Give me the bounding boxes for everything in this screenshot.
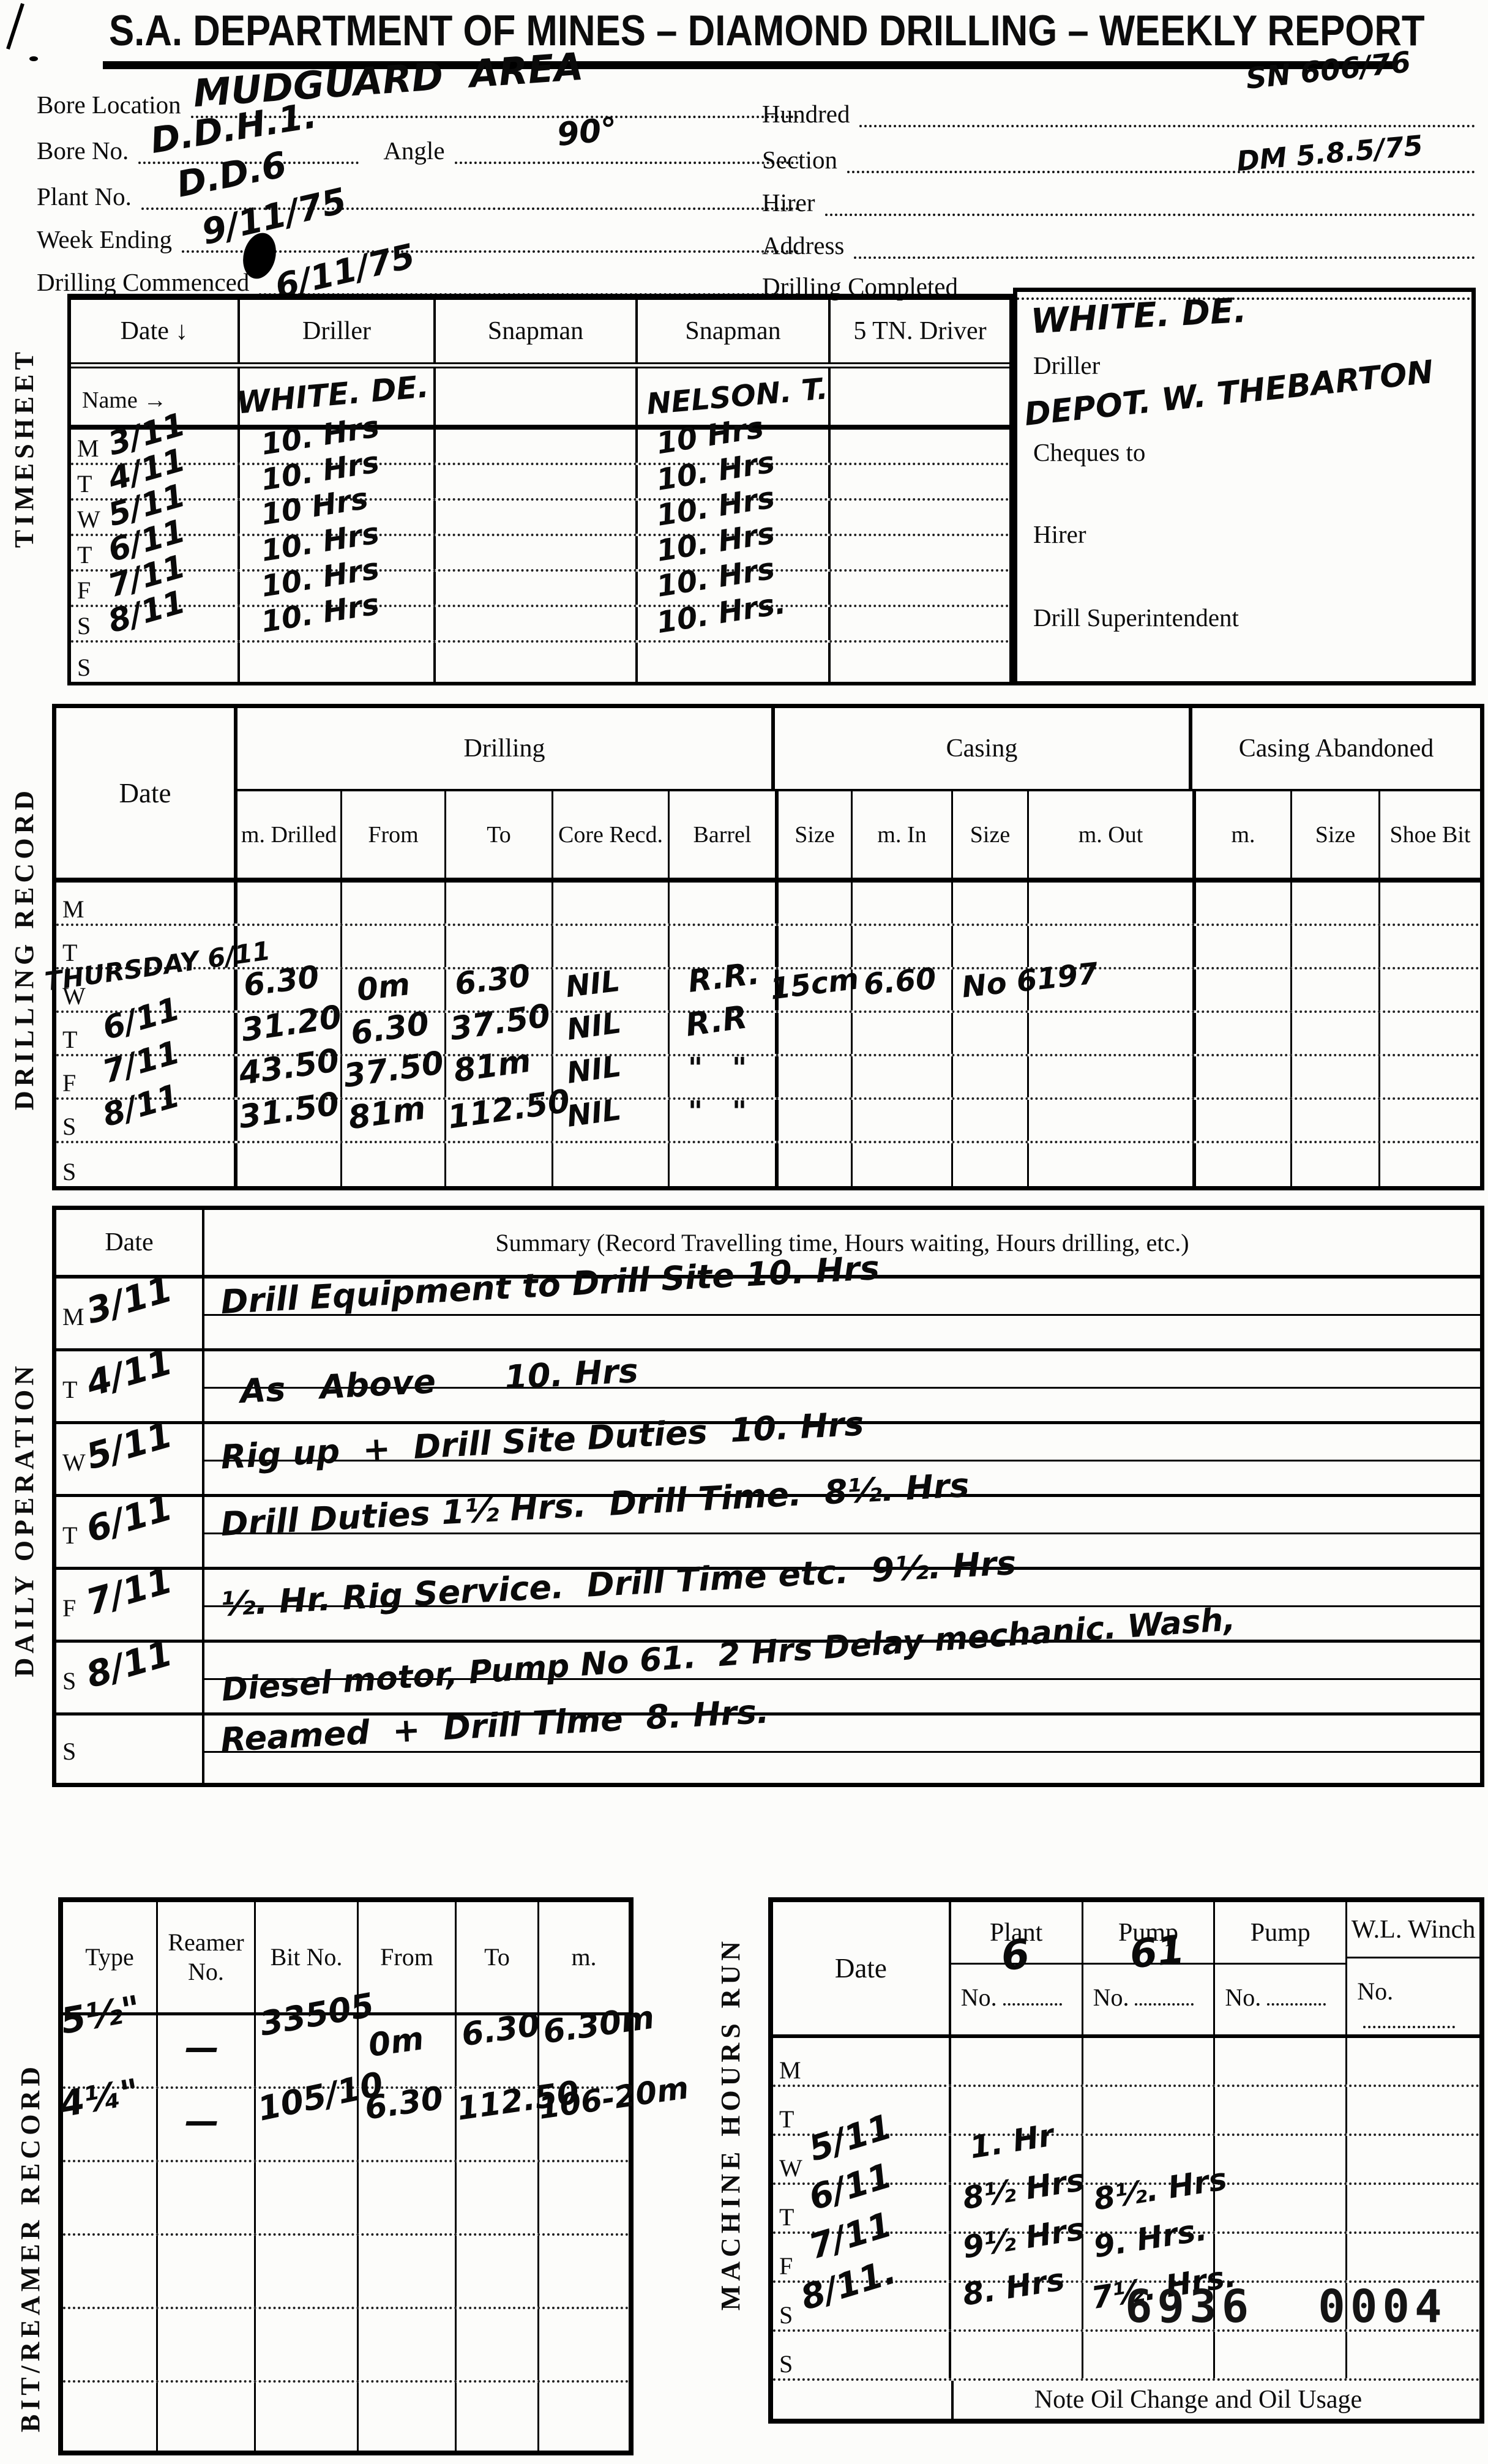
timesheet-name-row: Name → WHITE. DE. NELSON. T. xyxy=(71,368,1009,430)
field-plant-no: Plant No. xyxy=(37,184,799,210)
field-address: Address xyxy=(762,233,1475,259)
day-letter: S xyxy=(62,1112,76,1141)
no-line xyxy=(1267,2002,1326,2006)
timesheet-table: Date ↓ Driller Snapman Snapman 5 TN. Dri… xyxy=(67,294,1013,685)
drilling-row-fri: F 7/11 43.50 37.50 81m NIL " " xyxy=(56,1056,1480,1100)
hundred-line xyxy=(859,121,1475,127)
timesheet-row-tue: T4/11 10. Hrs 10. Hrs xyxy=(71,465,1009,501)
summary-text: As Above 10. Hrs xyxy=(239,1354,639,1408)
day-letter: S xyxy=(779,2350,793,2378)
col-shoe-bit: Shoe Bit xyxy=(1378,791,1480,878)
day-letter: T xyxy=(77,540,92,569)
col-snapman-2: Snapman xyxy=(635,300,828,362)
daily-operation-section-label: DAILY OPERATION xyxy=(9,1362,40,1677)
col-date: Date xyxy=(773,1902,951,2034)
snapman-name-value: NELSON. T. xyxy=(645,374,829,419)
numeric-stamp: 6936 0004 xyxy=(1125,2280,1447,2333)
timesheet-row-fri: F7/11 10. Hrs 10. Hrs xyxy=(71,572,1009,607)
col-date: Date xyxy=(56,1210,204,1275)
casing-m-in-value: 6.60 xyxy=(862,964,937,999)
from-value: 6.30 xyxy=(349,1007,431,1050)
timesheet-section-label: TIMESHEET xyxy=(9,348,40,548)
col-m: m. xyxy=(537,1902,629,2012)
timesheet-row-wed: W5/11 10 Hrs 10. Hrs xyxy=(71,501,1009,536)
plant-no-value: 6 xyxy=(999,1934,1031,1977)
col-size-1: Size xyxy=(775,791,851,878)
angle-label: Angle xyxy=(359,138,454,164)
group-casing: Casing xyxy=(775,708,1192,789)
col-m-out: m. Out xyxy=(1027,791,1192,878)
day-letter: T xyxy=(62,1025,77,1054)
bit-reamer-row-6 xyxy=(63,2383,629,2451)
day-letter: T xyxy=(779,2203,794,2231)
hirer-line xyxy=(825,210,1475,216)
timesheet-row-sun: S xyxy=(71,643,1009,682)
col-size-3: Size xyxy=(1290,791,1378,878)
no-line xyxy=(1003,2002,1062,2006)
no-label: No. xyxy=(961,1984,997,2011)
field-hirer: Hirer xyxy=(762,190,1475,216)
day-letter: T xyxy=(77,469,92,498)
field-section: Section xyxy=(762,147,1475,173)
col-to: To xyxy=(444,791,551,878)
day-letter: M xyxy=(77,434,99,463)
stray-pen-mark xyxy=(6,3,24,50)
col-core-recd: Core Recd. xyxy=(551,791,668,878)
drilling-record-section-label: DRILLING RECORD xyxy=(9,786,40,1110)
day-letter: F xyxy=(62,1069,76,1097)
day-letter: M xyxy=(62,895,84,924)
address-label: Address xyxy=(762,233,854,259)
bit-reamer-row-2: 4¼" — 105/10 6.30 112.50 106-20m xyxy=(63,2089,629,2162)
barrel-value: R.R. xyxy=(686,958,761,997)
to-value: 81m xyxy=(452,1045,533,1087)
day-letter: W xyxy=(779,2154,802,2182)
barrel-value: " " xyxy=(688,1097,747,1126)
bore-location-label: Bore Location xyxy=(37,92,191,118)
no-label: No. xyxy=(1093,1984,1129,2011)
section-line xyxy=(847,167,1475,173)
daily-op-row-mon: M 3/11 Drill Equipment to Drill Site 10.… xyxy=(56,1279,1480,1351)
col-plant: Plant No. 6 xyxy=(951,1902,1083,2034)
stray-ink-dot xyxy=(29,56,38,61)
date-value: 8/11 xyxy=(83,1635,176,1693)
group-casing-abandoned: Casing Abandoned xyxy=(1192,708,1480,789)
date-value: 3/11 xyxy=(83,1271,176,1329)
day-letter: F xyxy=(77,576,91,605)
core-recd-value: NIL xyxy=(565,1095,622,1132)
daily-op-row-fri: F 7/11 ½. Hr. Rig Service. Drill Time et… xyxy=(56,1570,1480,1643)
bit-reamer-table: Type Reamer No. Bit No. From To m. 5½" —… xyxy=(58,1897,634,2455)
from-value: 6.30 xyxy=(363,2082,445,2124)
day-letter: W xyxy=(62,1448,86,1477)
day-letter: S xyxy=(62,1737,76,1766)
core-recd-value: NIL xyxy=(565,1008,622,1045)
daily-operation-table: Date Summary (Record Travelling time, Ho… xyxy=(52,1206,1484,1787)
col-5tn-driver: 5 TN. Driver xyxy=(828,300,1009,362)
bore-no-label: Bore No. xyxy=(37,138,138,164)
col-driller: Driller xyxy=(237,300,433,362)
col-to: To xyxy=(455,1902,537,2012)
oil-note: Note Oil Change and Oil Usage xyxy=(954,2385,1479,2414)
ruled-line xyxy=(204,1314,1480,1316)
winch-label: W.L. Winch xyxy=(1347,1902,1479,1958)
drilling-record-table: Date Drilling Casing Casing Abandoned m.… xyxy=(52,704,1484,1190)
col-m-in: m. In xyxy=(851,791,951,878)
col-m-drilled: m. Drilled xyxy=(237,791,340,878)
drilling-row-mon: M xyxy=(56,883,1480,926)
hundred-label: Hundred xyxy=(762,101,859,127)
day-letter: T xyxy=(62,1375,77,1404)
daily-op-row-sun: S Reamed + Drill Time 8. Hrs. xyxy=(56,1715,1480,1783)
day-letter: S xyxy=(77,611,91,640)
bit-reamer-row-5 xyxy=(63,2309,629,2383)
col-wl-winch: W.L. Winch No. xyxy=(1347,1902,1479,2034)
group-drilling: Drilling xyxy=(237,708,775,789)
core-recd-value: NIL xyxy=(565,1051,622,1088)
field-week-ending: Week Ending xyxy=(37,226,799,253)
bit-reamer-section-label: BIT/REAMER RECORD xyxy=(15,2063,46,2432)
date-value: 6/11 xyxy=(83,1490,176,1548)
timesheet-header-row: Date ↓ Driller Snapman Snapman 5 TN. Dri… xyxy=(71,300,1009,368)
from-value: 0m xyxy=(355,969,411,1006)
col-pump-1: Pump No. 61 xyxy=(1083,1902,1216,2034)
drilling-row-thu: T 6/11 31.20 6.30 37.50 NIL R.R xyxy=(56,1013,1480,1056)
col-from: From xyxy=(340,791,444,878)
day-letter: S xyxy=(779,2301,793,2329)
day-letter: W xyxy=(77,505,100,534)
pump-no-value: 61 xyxy=(1127,1930,1186,1975)
day-letter: S xyxy=(62,1667,76,1695)
hirer-label: Hirer xyxy=(762,190,825,216)
driller-name-value: WHITE. DE. xyxy=(235,371,430,418)
no-line xyxy=(1363,2025,1455,2028)
timesheet-side-panel: WHITE. DE. Driller DEPOT. W. THEBARTON C… xyxy=(1013,288,1476,685)
plant-no-label: Plant No. xyxy=(37,184,141,210)
machine-hours-note-row: Note Oil Change and Oil Usage xyxy=(773,2381,1479,2419)
timesheet-row-sat: S8/11 10. Hrs 10. Hrs. xyxy=(71,607,1009,643)
day-letter: S xyxy=(77,653,91,682)
address-line xyxy=(854,253,1475,259)
no-label: No. xyxy=(1225,1984,1261,2011)
no-line xyxy=(1135,2002,1194,2006)
reamer-no-value: — xyxy=(185,2031,219,2066)
drilling-row-wed: W THURSDAY 6/11 6.30 0m 6.30 NIL R.R. 15… xyxy=(56,969,1480,1013)
casing-size-value: 15cm xyxy=(769,964,861,1004)
bit-reamer-row-3 xyxy=(63,2162,629,2236)
day-letter: T xyxy=(62,1521,77,1550)
timesheet-row-thu: T6/11 10. Hrs 10. Hrs xyxy=(71,536,1009,572)
drilling-row-sat: S 8/11 31.50 81m 112.50 NIL " " xyxy=(56,1100,1480,1143)
from-value: 81m xyxy=(346,1092,428,1134)
col-reamer-no: Reamer No. xyxy=(156,1902,254,2012)
day-letter: T xyxy=(779,2105,794,2134)
name-arrow-label: Name → xyxy=(82,387,166,414)
panel-cheques-label: Cheques to xyxy=(1033,438,1145,467)
to-value: 6.30 xyxy=(460,2009,542,2051)
drilling-row-sun: S xyxy=(56,1143,1480,1186)
page-title: S.A. DEPARTMENT OF MINES – DIAMOND DRILL… xyxy=(109,6,1375,56)
col-date: Date xyxy=(56,708,237,878)
angle-value: 90° xyxy=(556,113,619,151)
date-value: 5/11 xyxy=(83,1417,176,1475)
timesheet-row-mon: M3/11 10. Hrs 10 Hrs xyxy=(71,430,1009,465)
m-drilled-value: 6.30 xyxy=(242,961,321,1001)
core-recd-value: NIL xyxy=(564,966,621,1002)
machine-hours-row-sun: S xyxy=(773,2332,1479,2381)
week-ending-label: Week Ending xyxy=(37,226,182,253)
day-letter: F xyxy=(779,2252,793,2280)
panel-driller-name: WHITE. DE. xyxy=(1030,294,1247,339)
col-pump-2: Pump No. xyxy=(1215,1902,1347,2034)
panel-hirer-label: Hirer xyxy=(1033,520,1086,549)
barrel-value: R.R xyxy=(684,1001,749,1042)
angle-line xyxy=(455,158,799,164)
machine-hours-section-label: MACHINE HOURS RUN xyxy=(715,1937,746,2310)
machine-hours-header: Date Plant No. 6 Pump No. 61 Pump No. W.… xyxy=(773,1902,1479,2038)
col-size-2: Size xyxy=(951,791,1027,878)
drilling-record-header: Date Drilling Casing Casing Abandoned m.… xyxy=(56,708,1480,883)
day-letter: M xyxy=(62,1302,84,1331)
reamer-no-value: — xyxy=(185,2105,219,2139)
day-letter: F xyxy=(62,1594,76,1622)
date-value: 7/11 xyxy=(83,1562,176,1621)
day-letter: M xyxy=(779,2056,801,2085)
machine-hours-row-mon: M xyxy=(773,2038,1479,2087)
field-hundred: Hundred xyxy=(762,101,1475,127)
day-letter: S xyxy=(62,1157,76,1186)
machine-hours-table: Date Plant No. 6 Pump No. 61 Pump No. W.… xyxy=(768,1897,1484,2424)
col-barrel: Barrel xyxy=(668,791,775,878)
ruled-line xyxy=(204,1751,1480,1753)
col-m: m. xyxy=(1192,791,1290,878)
section-label: Section xyxy=(762,147,847,173)
col-date: Date ↓ xyxy=(71,300,237,362)
note-spacer xyxy=(773,2381,954,2419)
barrel-value: " " xyxy=(688,1054,747,1082)
col-snapman-1: Snapman xyxy=(433,300,635,362)
drilling-commenced-label: Drilling Commenced xyxy=(37,269,259,296)
from-value: 0m xyxy=(367,2023,426,2062)
top-form: Bore Location Bore No. Angle Plant No. W… xyxy=(37,78,1481,293)
panel-driller-label: Driller xyxy=(1033,351,1100,380)
bit-reamer-row-4 xyxy=(63,2236,629,2309)
no-label: No. xyxy=(1357,1977,1393,2005)
date-value: 4/11 xyxy=(83,1344,176,1402)
pump-label: Pump xyxy=(1215,1902,1345,1965)
to-value: 6.30 xyxy=(453,960,532,1000)
panel-superintendent-label: Drill Superintendent xyxy=(1033,603,1239,632)
